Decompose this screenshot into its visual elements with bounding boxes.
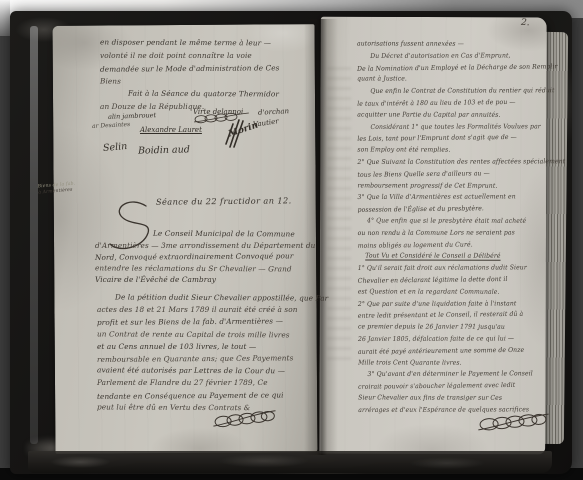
manuscript-line: autorisations fussent annexées — <box>357 38 550 50</box>
manuscript-line: est Question et en la regardant Communal… <box>358 286 551 298</box>
signature-paraph <box>222 118 246 148</box>
manuscript-line: en disposer pendant le même terme à leur… <box>100 36 280 50</box>
manuscript-line: remboursement progressif de Cet Emprunt. <box>357 180 550 192</box>
signature: Alexandre Lauret <box>140 126 202 134</box>
signature: d'orchan <box>258 107 289 117</box>
signature: Selin <box>103 141 128 154</box>
signature: alin jambrouet <box>108 111 156 121</box>
manuscript-line: aurait été payé antérieurement une somme… <box>358 344 551 358</box>
manuscript-line: avaient été autorisés par Lettres de la … <box>97 365 328 378</box>
manuscript-line: entendre les réclamations du Sr Chevalie… <box>95 262 316 275</box>
manuscript-line: et au Cens annuel de 103 livres, le tout… <box>97 341 328 353</box>
manuscript-line: 4° Que enfin que si le presbytère était … <box>358 215 551 227</box>
manuscript-line: Tout Vu et Considéré le Conseil a Délibé… <box>358 251 551 263</box>
manuscript-line: De la pétition dudit Sieur Chevalier app… <box>97 291 328 304</box>
signature: ar Desaintes <box>92 121 131 130</box>
manuscript-line: Du Décret d'autorisation en Cas d'Emprun… <box>357 50 550 63</box>
manuscript-line: Fait à la Séance du quatorze Thermidor <box>100 88 279 101</box>
council-paragraph: Le Conseil Municipal de la Communed'Arme… <box>95 228 315 286</box>
book-scan: en disposer pendant le même terme à leur… <box>0 0 583 480</box>
session-heading: Séance du 22 fructidor an 12. <box>156 195 292 206</box>
cover-bottom-edge <box>28 451 552 473</box>
manuscript-line: le taux d'intérêt à 180 au lieu de 103 e… <box>357 96 550 110</box>
manuscript-line: Le Conseil Municipal de la Commune <box>95 227 316 240</box>
page-number: 2. <box>521 18 530 29</box>
end-flourish-right <box>476 410 551 434</box>
manuscript-line: acquitter une Partie du Capital par annu… <box>357 109 550 121</box>
manuscript-line: son Employ ont été remplies. <box>357 145 550 157</box>
manuscript-line: quant à Justice. <box>357 74 550 86</box>
manuscript-line: profit et sur les Biens de la fab. d'Arm… <box>97 315 328 329</box>
manuscript-line: ou non rendu à la Commune Lors ne seraie… <box>358 227 551 240</box>
manuscript-line: Vicaire de l'Évêché de Cambray <box>95 274 315 286</box>
book-spine <box>30 26 38 444</box>
manuscript-line: tous les Biens Quelle sera d'ailleurs au… <box>357 167 550 181</box>
manuscript-line: Chevalier en déclarant légitime la dette… <box>358 273 551 287</box>
manuscript-line: demandée sur le Mode d'administration de… <box>100 61 280 75</box>
manuscript-line: un Contrat de rente au Capital de trois … <box>97 328 328 341</box>
petition-paragraph: De la pétition dudit Sieur Chevalier app… <box>97 292 328 414</box>
signature: Boidin aud <box>138 144 190 156</box>
manuscript-line: volonté il ne doit point connaître la vo… <box>100 49 280 62</box>
manuscript-line: Mille trois Cent Quarante livres. <box>358 357 551 369</box>
manuscript-line: Parlement de Flandre du 27 février 1789,… <box>97 377 328 389</box>
manuscript-line: Sieur Chevalier aux fins de transiger su… <box>358 392 551 404</box>
continuation-paragraph: en disposer pendant le même terme à leur… <box>100 36 280 88</box>
manuscript-line: Biens <box>100 75 280 89</box>
right-page-text: autorisations fussent annexées —Du Décre… <box>357 38 551 416</box>
manuscript-line: ce premier depuis le 26 Janvier 1791 jus… <box>358 322 551 334</box>
scanner-corner <box>0 0 10 36</box>
